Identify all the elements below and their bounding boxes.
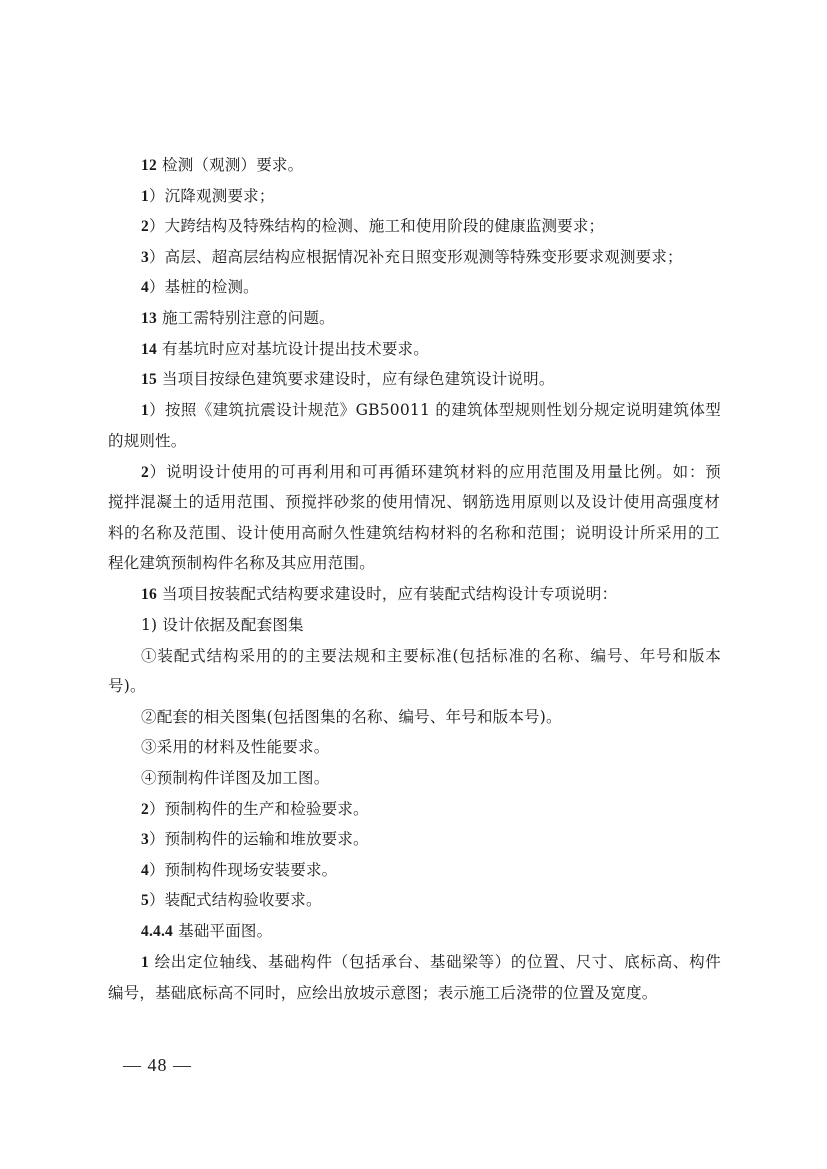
section-4-4-4: 4.4.4 基础平面图。 — [141, 921, 272, 942]
clause-12: 12 检测（观测）要求。 — [141, 155, 303, 176]
item-16-5: 5）装配式结构验收要求。 — [141, 890, 322, 911]
item-16-3: 3）预制构件的运输和堆放要求。 — [141, 829, 369, 850]
clause-4-4-4-1-cont: 编号，基础底标高不同时，应绘出放坡示意图；表示施工后浇带的位置及宽度。 — [108, 983, 658, 1003]
clause-4-4-4-1: 1 绘出定位轴线、基础构件（包括承台、基础梁等）的位置、尺寸、底标高、构件 — [141, 952, 721, 973]
sub-item-4: ④预制构件详图及加工图。 — [141, 768, 329, 788]
sub-item-2: ②配套的相关图集(包括图集的名称、编号、年号和版本号)。 — [141, 707, 562, 727]
page-number: — 48 — — [123, 1055, 192, 1076]
item-15-2-cont-2: 料的名称及范围、设计使用高耐久性建筑结构材料的名称和范围；说明设计所采用的工 — [108, 523, 720, 543]
item-15-1: 1）按照《建筑抗震设计规范》GB50011 的建筑体型规则性划分规定说明建筑体型 — [141, 400, 721, 421]
document-page: 12 检测（观测）要求。 1）沉降观测要求； 2）大跨结构及特殊结构的检测、施工… — [0, 0, 827, 1169]
clause-16: 16 当项目按装配式结构要求建设时，应有装配式结构设计专项说明： — [141, 584, 617, 605]
clause-15: 15 当项目按绿色建筑要求建设时，应有绿色建筑设计说明。 — [141, 369, 555, 390]
item-3: 3）高层、超高层结构应根据情况补充日照变形观测等特殊变形要求观测要求； — [141, 247, 683, 268]
item-16-4: 4）预制构件现场安装要求。 — [141, 860, 337, 881]
sub-item-1-cont: 号)。 — [108, 676, 146, 696]
item-2: 2）大跨结构及特殊结构的检测、施工和使用阶段的健康监测要求； — [141, 216, 604, 237]
item-15-2-cont-1: 搅拌混凝土的适用范围、预搅拌砂浆的使用情况、钢筋选用原则以及设计使用高强度材 — [108, 492, 720, 512]
item-4: 4）基桩的检测。 — [141, 277, 259, 298]
clause-14: 14 有基坑时应对基坑设计提出技术要求。 — [141, 339, 429, 360]
item-16-2: 2）预制构件的生产和检验要求。 — [141, 799, 369, 820]
clause-13: 13 施工需特别注意的问题。 — [141, 308, 335, 329]
sub-item-1: ①装配式结构采用的的主要法规和主要标准(包括标准的名称、编号、年号和版本 — [141, 646, 721, 666]
sub-item-3: ③采用的材料及性能要求。 — [141, 737, 329, 757]
item-15-2: 2）说明设计使用的可再利用和可再循环建筑材料的应用范围及用量比例。如：预 — [141, 462, 721, 483]
item-15-1-cont: 的规则性。 — [108, 431, 187, 451]
item-1: 1）沉降观测要求； — [141, 186, 275, 207]
item-16-1: 1) 设计依据及配套图集 — [141, 615, 304, 635]
item-15-2-cont-3: 程化建筑预制构件名称及其应用范围。 — [108, 553, 375, 573]
